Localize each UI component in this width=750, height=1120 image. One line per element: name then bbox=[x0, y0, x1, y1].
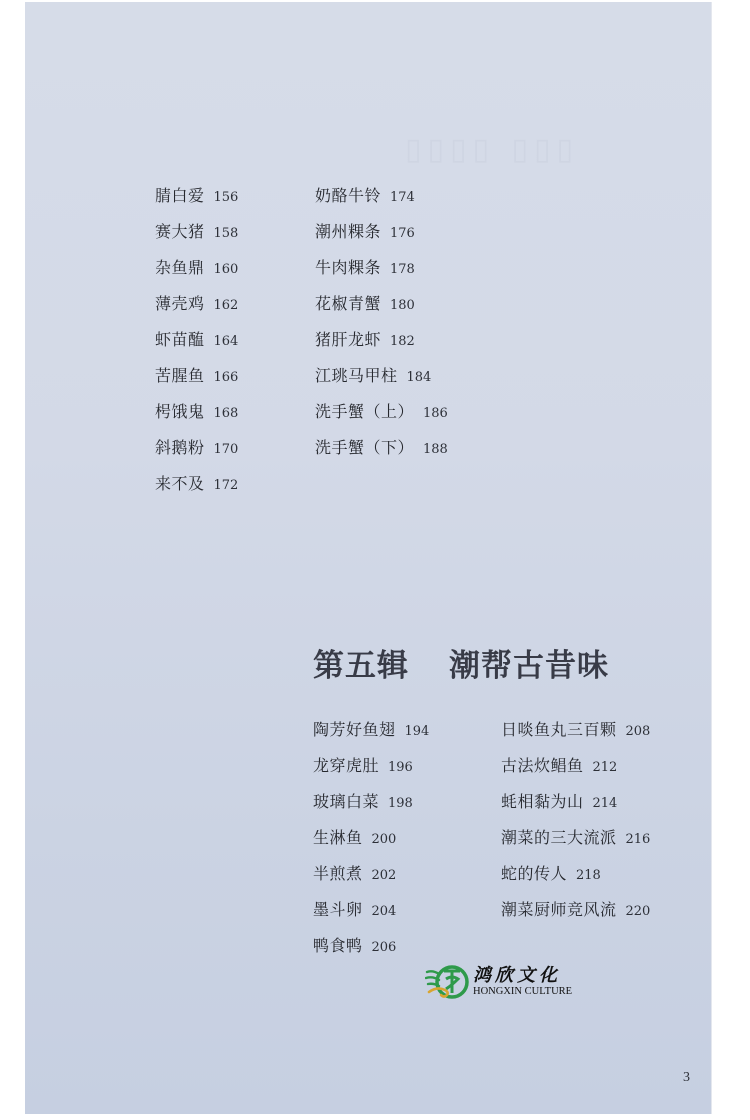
toc-entry-page: 206 bbox=[372, 940, 397, 955]
toc-entry[interactable]: 墨斗卵204 bbox=[313, 892, 429, 928]
toc-entry[interactable]: 蛇的传人218 bbox=[501, 856, 650, 892]
section-title-text: 潮帮古昔味 bbox=[449, 648, 609, 684]
toc-entry-title: 枵饿鬼 bbox=[155, 402, 205, 421]
toc-entry-page: 180 bbox=[390, 298, 415, 313]
toc-entry-page: 178 bbox=[390, 262, 415, 277]
toc-entry[interactable]: 花椒青蟹180 bbox=[315, 286, 448, 322]
toc-entry[interactable]: 虾苗醢164 bbox=[155, 322, 238, 358]
toc-entry-page: 198 bbox=[388, 796, 413, 811]
toc-entry-page: 156 bbox=[214, 190, 239, 205]
toc-entry[interactable]: 潮菜的三大流派216 bbox=[501, 820, 650, 856]
toc-entry-title: 潮菜厨师竞风流 bbox=[501, 900, 617, 919]
toc-entry-title: 蛇的传人 bbox=[501, 864, 567, 883]
toc-entry-page: 170 bbox=[214, 442, 239, 457]
toc-entry-page: 158 bbox=[214, 226, 239, 241]
toc-entry-title: 薄壳鸡 bbox=[155, 294, 205, 313]
toc-entry-page: 172 bbox=[214, 478, 239, 493]
toc-entry-title: 半煎煮 bbox=[313, 864, 363, 883]
toc-entry-page: 208 bbox=[626, 724, 651, 739]
toc-entry-page: 184 bbox=[407, 370, 432, 385]
toc-entry[interactable]: 陶芳好鱼翅194 bbox=[313, 712, 429, 748]
logo-name-cn: 鸿欣文化 bbox=[473, 966, 572, 986]
toc-entry[interactable]: 猪肝龙虾182 bbox=[315, 322, 448, 358]
toc-entry[interactable]: 苦腥鱼166 bbox=[155, 358, 238, 394]
toc-entry-title: 苦腥鱼 bbox=[155, 366, 205, 385]
toc-entry[interactable]: 赛大猪158 bbox=[155, 214, 238, 250]
toc-entry[interactable]: 龙穿虎肚196 bbox=[313, 748, 429, 784]
toc-entry[interactable]: 杂鱼鼎160 bbox=[155, 250, 238, 286]
bleed-through-text: ▯▯▯▯ ▯▯▯ bbox=[405, 132, 579, 167]
toc-entry-title: 洗手蟹（下） bbox=[315, 438, 414, 457]
toc-entry-title: 江珧马甲柱 bbox=[315, 366, 398, 385]
toc-entry[interactable]: 薄壳鸡162 bbox=[155, 286, 238, 322]
toc-entry-title: 洗手蟹（上） bbox=[315, 402, 414, 421]
toc-entry[interactable]: 来不及172 bbox=[155, 466, 238, 502]
toc-entry-page: 176 bbox=[390, 226, 415, 241]
toc-entry-page: 182 bbox=[390, 334, 415, 349]
toc-entry-page: 196 bbox=[388, 760, 413, 775]
toc-entry[interactable]: 古法炊鲳鱼212 bbox=[501, 748, 650, 784]
toc-entry-title: 花椒青蟹 bbox=[315, 294, 381, 313]
toc-column-3: 陶芳好鱼翅194 龙穿虎肚196 玻璃白菜198 生淋鱼200 半煎煮202 墨… bbox=[313, 712, 429, 964]
logo-name-en: HONGXIN CULTURE bbox=[473, 986, 572, 998]
toc-column-2: 奶酪牛铃174 潮州粿条176 牛肉粿条178 花椒青蟹180 猪肝龙虾182 … bbox=[315, 178, 448, 466]
section-heading: 第五辑潮帮古昔味 bbox=[313, 640, 609, 685]
toc-entry[interactable]: 枵饿鬼168 bbox=[155, 394, 238, 430]
toc-entry-page: 162 bbox=[214, 298, 239, 313]
toc-entry[interactable]: 潮州粿条176 bbox=[315, 214, 448, 250]
toc-entry-title: 腈白爱 bbox=[155, 186, 205, 205]
toc-entry-title: 日啖鱼丸三百颗 bbox=[501, 720, 617, 739]
toc-entry-title: 龙穿虎肚 bbox=[313, 756, 379, 775]
toc-entry-page: 216 bbox=[626, 832, 651, 847]
toc-entry[interactable]: 洗手蟹（下）188 bbox=[315, 430, 448, 466]
toc-entry-title: 古法炊鲳鱼 bbox=[501, 756, 584, 775]
toc-entry-page: 164 bbox=[214, 334, 239, 349]
toc-column-4: 日啖鱼丸三百颗208 古法炊鲳鱼212 蚝相黏为山214 潮菜的三大流派216 … bbox=[501, 712, 650, 928]
toc-entry[interactable]: 奶酪牛铃174 bbox=[315, 178, 448, 214]
toc-entry-title: 杂鱼鼎 bbox=[155, 258, 205, 277]
toc-entry-title: 潮菜的三大流派 bbox=[501, 828, 617, 847]
toc-entry-title: 墨斗卵 bbox=[313, 900, 363, 919]
toc-entry-page: 174 bbox=[390, 190, 415, 205]
toc-entry-title: 奶酪牛铃 bbox=[315, 186, 381, 205]
publisher-logo: 鸿欣文化 HONGXIN CULTURE bbox=[425, 962, 572, 1002]
toc-entry-page: 202 bbox=[372, 868, 397, 883]
page-number: 3 bbox=[683, 1070, 690, 1086]
logo-text: 鸿欣文化 HONGXIN CULTURE bbox=[473, 966, 572, 998]
toc-entry-title: 来不及 bbox=[155, 474, 205, 493]
toc-entry-title: 牛肉粿条 bbox=[315, 258, 381, 277]
toc-entry-page: 220 bbox=[626, 904, 651, 919]
toc-entry[interactable]: 洗手蟹（上）186 bbox=[315, 394, 448, 430]
hongxin-logo-icon bbox=[425, 962, 469, 1002]
toc-entry-page: 200 bbox=[372, 832, 397, 847]
toc-entry[interactable]: 生淋鱼200 bbox=[313, 820, 429, 856]
toc-entry-page: 194 bbox=[405, 724, 430, 739]
toc-entry[interactable]: 潮菜厨师竞风流220 bbox=[501, 892, 650, 928]
toc-entry[interactable]: 牛肉粿条178 bbox=[315, 250, 448, 286]
toc-entry-page: 168 bbox=[214, 406, 239, 421]
toc-entry-page: 204 bbox=[372, 904, 397, 919]
toc-entry[interactable]: 蚝相黏为山214 bbox=[501, 784, 650, 820]
toc-entry-page: 218 bbox=[576, 868, 601, 883]
toc-column-1: 腈白爱156 赛大猪158 杂鱼鼎160 薄壳鸡162 虾苗醢164 苦腥鱼16… bbox=[155, 178, 238, 502]
book-page: ▯▯▯▯ ▯▯▯ 腈白爱156 赛大猪158 杂鱼鼎160 薄壳鸡162 虾苗醢… bbox=[25, 2, 712, 1114]
toc-entry[interactable]: 玻璃白菜198 bbox=[313, 784, 429, 820]
toc-entry-title: 猪肝龙虾 bbox=[315, 330, 381, 349]
toc-entry[interactable]: 日啖鱼丸三百颗208 bbox=[501, 712, 650, 748]
toc-entry-title: 陶芳好鱼翅 bbox=[313, 720, 396, 739]
toc-entry-title: 玻璃白菜 bbox=[313, 792, 379, 811]
toc-entry[interactable]: 鸭食鸭206 bbox=[313, 928, 429, 964]
toc-entry-page: 188 bbox=[423, 442, 448, 457]
toc-entry-title: 蚝相黏为山 bbox=[501, 792, 584, 811]
toc-entry-title: 赛大猪 bbox=[155, 222, 205, 241]
toc-entry[interactable]: 腈白爱156 bbox=[155, 178, 238, 214]
toc-entry-page: 166 bbox=[214, 370, 239, 385]
toc-entry[interactable]: 半煎煮202 bbox=[313, 856, 429, 892]
toc-entry-title: 生淋鱼 bbox=[313, 828, 363, 847]
toc-entry-page: 160 bbox=[214, 262, 239, 277]
toc-entry-page: 186 bbox=[423, 406, 448, 421]
toc-entry-title: 斜鹅粉 bbox=[155, 438, 205, 457]
toc-entry[interactable]: 斜鹅粉170 bbox=[155, 430, 238, 466]
section-label: 第五辑 bbox=[313, 648, 409, 684]
toc-entry-title: 虾苗醢 bbox=[155, 330, 205, 349]
toc-entry-page: 214 bbox=[593, 796, 618, 811]
toc-entry-title: 鸭食鸭 bbox=[313, 936, 363, 955]
toc-entry[interactable]: 江珧马甲柱184 bbox=[315, 358, 448, 394]
toc-entry-page: 212 bbox=[593, 760, 618, 775]
toc-entry-title: 潮州粿条 bbox=[315, 222, 381, 241]
